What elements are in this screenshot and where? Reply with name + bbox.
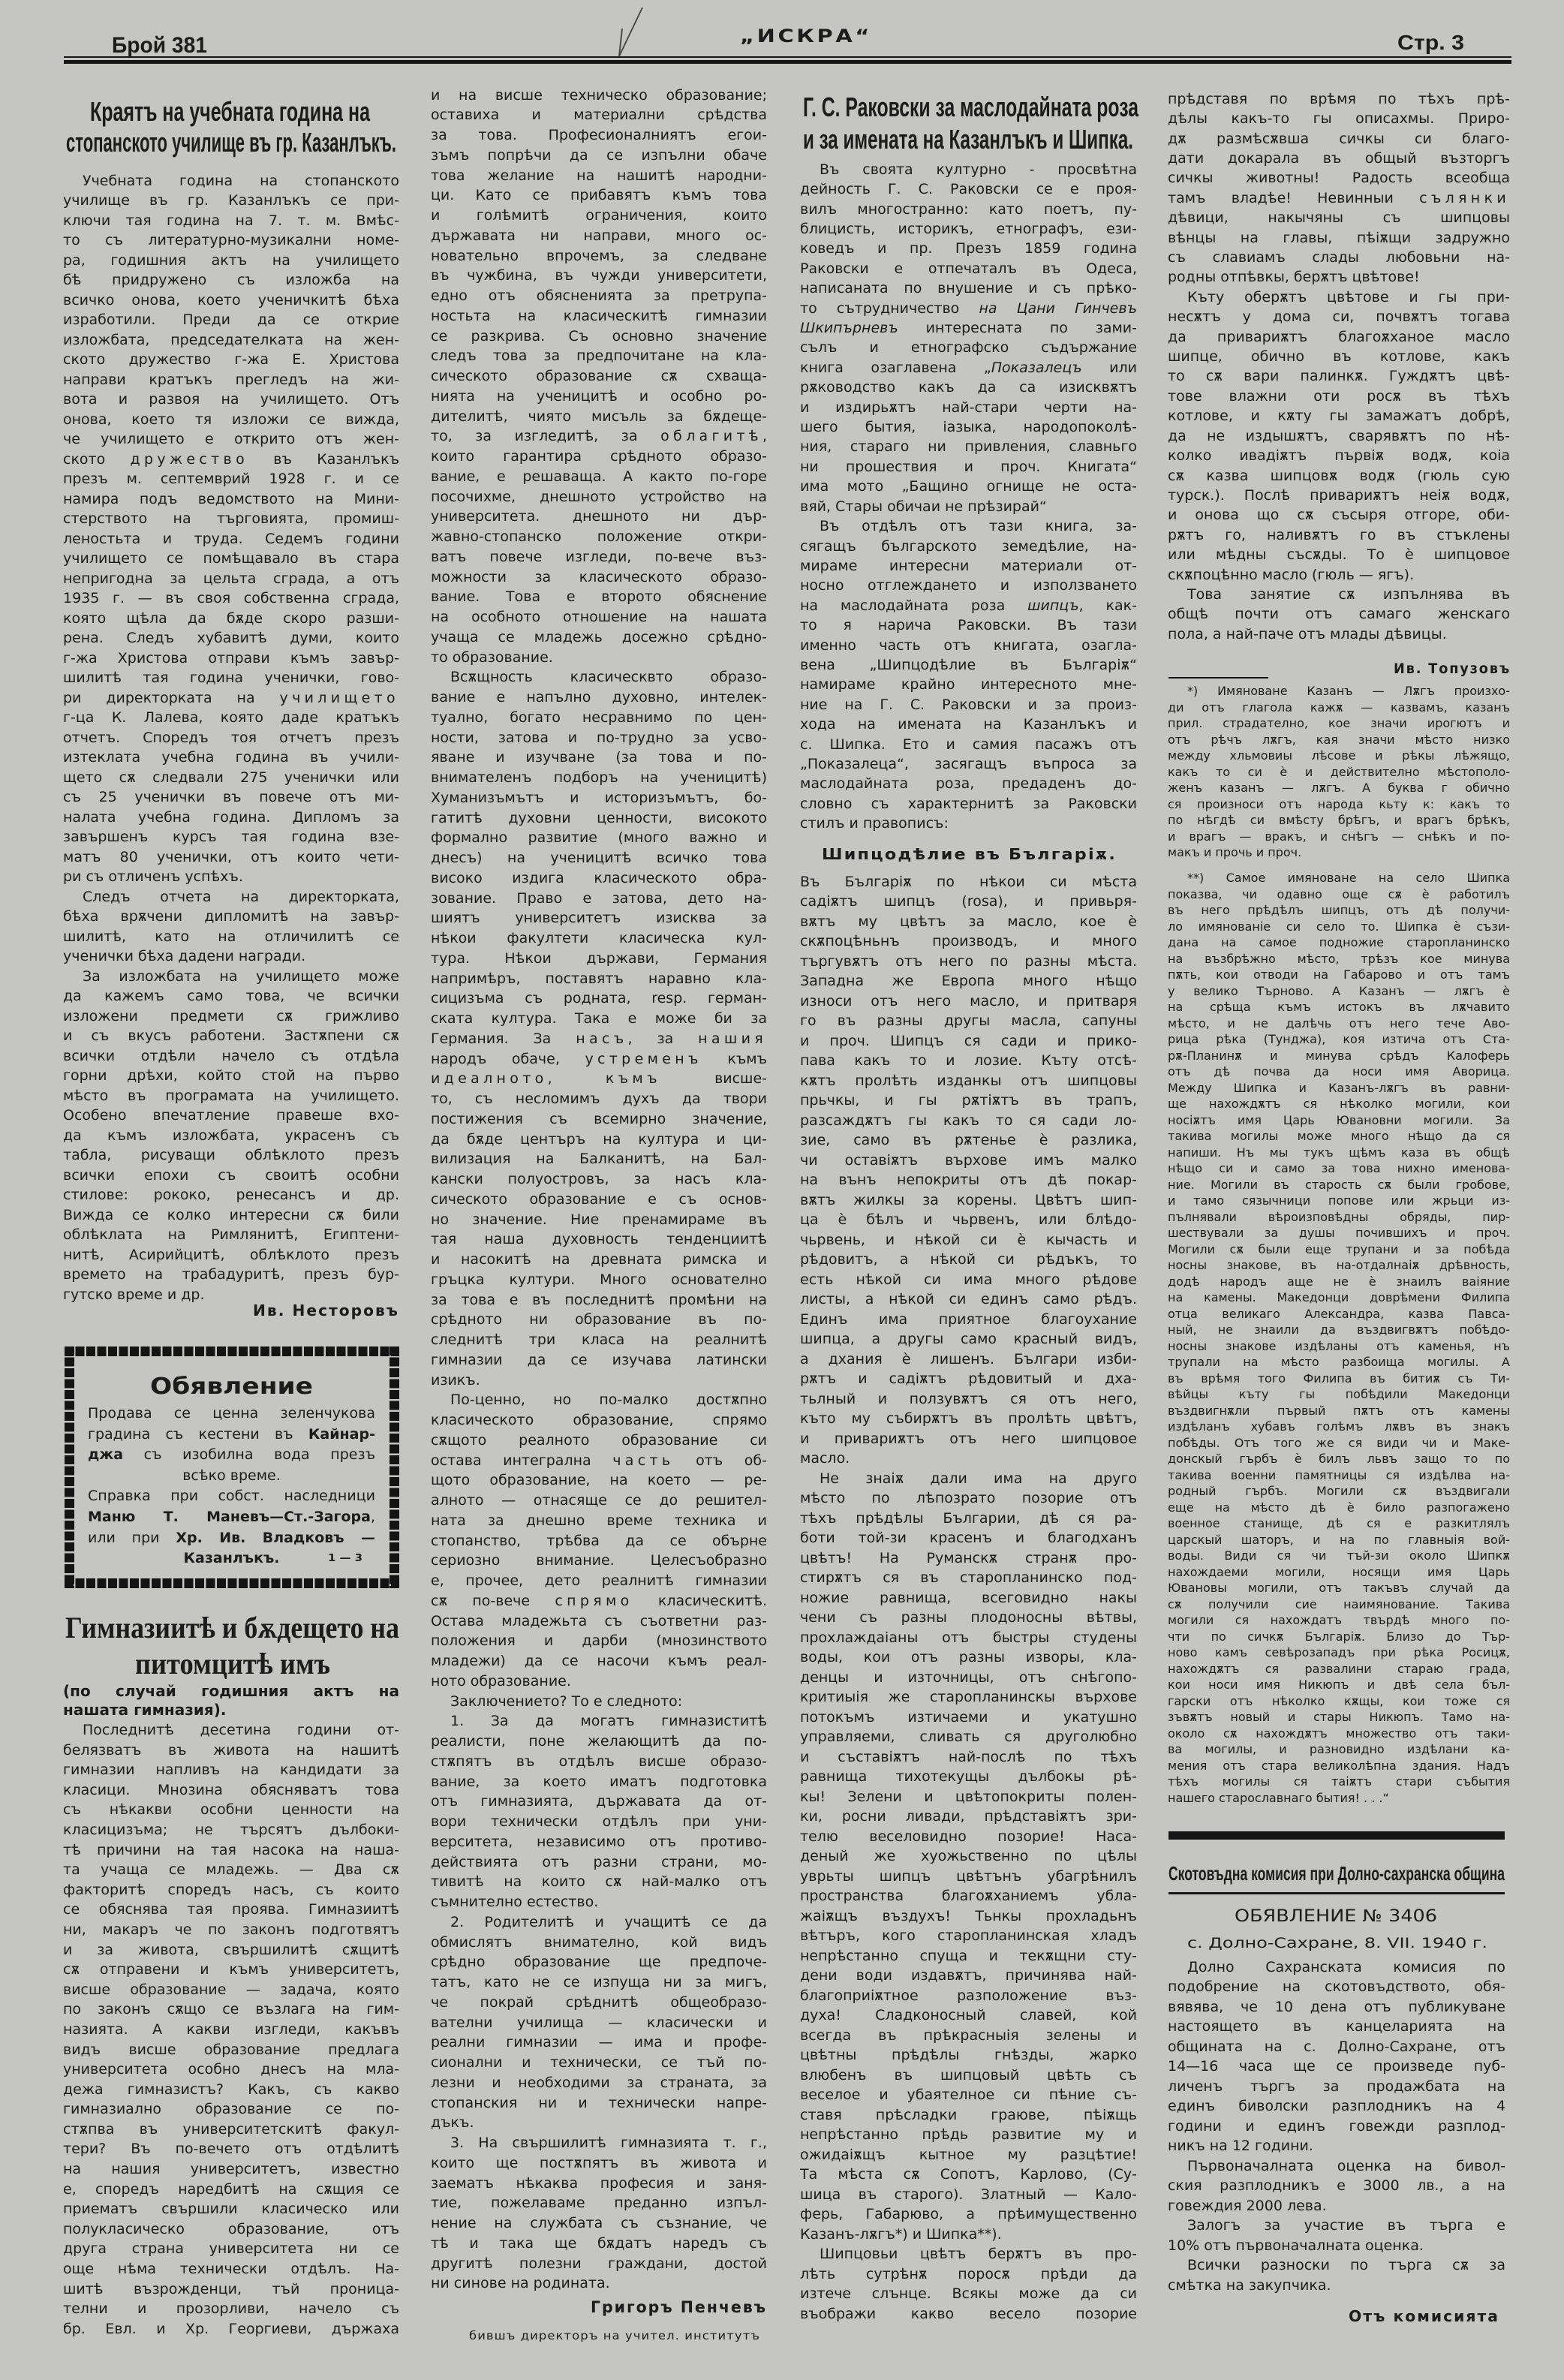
paragraph: всѣко време. <box>88 1466 375 1487</box>
text-run: благоприіѫтное разположение въз- <box>800 1987 1137 2004</box>
text-line: и проч. Шипцъ ся сади и прико- <box>800 1031 1137 1052</box>
text-run: ския разплодникъ е 3000 лв., а на <box>1168 2177 1505 2194</box>
text-run: напримѣръ, поставятъ наравно кла- <box>431 970 767 987</box>
text-run: Вижда се колко интересни сѫ били <box>63 1207 399 1223</box>
text-line: побѣды. Отъ того же ся види чи и Маке- <box>1168 1435 1510 1452</box>
text-run: непрѣстанно прѣдь развитие му и <box>800 2126 1137 2143</box>
text-line: се разкрива. Съ основно значение <box>431 326 767 347</box>
text-line: то сътрудничество на Цани Гинчевъ <box>800 299 1137 318</box>
text-line: влюбенъ въ шипцовый цвѣть съ <box>800 2066 1137 2086</box>
gymnasium-article-title-line-1: Гимназиитѣ и бѫдещето на <box>65 1611 399 1644</box>
text-line: изтече слънце. Всякы може да си <box>800 2284 1137 2304</box>
text-line: настоящето въ канцеларията на <box>1168 2017 1505 2037</box>
text-run: сицизъма съ родната, resp. герман- <box>431 990 767 1006</box>
paragraph: По-ценно, но по-малко достѫпнокласическо… <box>431 1390 767 1691</box>
text-run: нашия <box>698 1031 767 1047</box>
text-line: съ 25 ученички въ повече отъ ми- <box>63 787 399 808</box>
text-run: духа! Сладконосный славей, кой <box>800 2007 1137 2023</box>
text-run: оставиха и материални срѣдства <box>431 107 767 123</box>
paragraph: Шипцовьи цвѣтъ берѫтъ въ про-лѣть сутрѣн… <box>800 2244 1137 2324</box>
text-line: общината на с. Долно-Сахране, отъ <box>1168 2037 1505 2057</box>
text-run: тура. Нѣкои държави, Германия <box>431 950 767 967</box>
text-run: вѣнцы на главы, пѣіѫщи задружно <box>1168 230 1510 246</box>
text-line: то сѫ вари палинкѫ. Гуждѫтъ цвѣ- <box>1168 366 1510 386</box>
paragraph: **) Самое имяноване на село Шипкапоказва… <box>1168 870 1510 1806</box>
text-run: износи отъ него масло, и притваря <box>800 993 1137 1009</box>
text-line: По-ценно, но по-малко достѫпно <box>431 1390 767 1410</box>
text-run: нахождаеми могили, носящи имя Царь <box>1168 1565 1510 1579</box>
text-line: шествували за душы почившихъ и проч. <box>1168 1225 1510 1241</box>
text-run: реални гимназии — има и профе- <box>431 2034 767 2051</box>
text-line: има мото „Бащино огнище не оста- <box>800 477 1137 496</box>
text-run: стирѫтъ ся въ старопланинско под- <box>800 1569 1137 1586</box>
text-line: турск.). Послѣ привариѫтъ неіѫ водѫ, <box>1168 486 1510 505</box>
text-run: нѣщо си и само за това нихно именова- <box>1168 1161 1510 1175</box>
text-line: 1935 г. — въ своя собственна сграда, <box>63 588 399 609</box>
text-line: въ него прѣдѣлъ шипцъ, отъ дѣ получи- <box>1168 902 1510 919</box>
text-line: това желание на нашитѣ народни- <box>431 166 767 186</box>
paragraph: Всички разноски по търга сѫ засмѣтка на … <box>1168 2255 1505 2295</box>
text-line: го въ разны другы масла, сапуны <box>800 1011 1137 1031</box>
text-line: години и единъ говежди разплод- <box>1168 2117 1505 2137</box>
text-run: отъ гимназията, държавата да от- <box>431 1793 767 1810</box>
text-line: „Показалеца“, засягащъ въпроса за <box>800 754 1137 774</box>
text-line: Германия. За насъ, за нашия <box>431 1029 767 1049</box>
text-line: то съ литературно-музикални номе- <box>63 230 399 251</box>
text-run: ца ѐ бѣлъ и чьрвенъ, или блѣдо- <box>800 1211 1137 1228</box>
text-run: то, съ несломимъ духъ да твори <box>431 1091 767 1107</box>
text-line: Западна же Европа много нѣщо <box>800 971 1137 991</box>
text-line: да бѫде центъръ на култура и ци- <box>431 1130 767 1150</box>
text-run: ската култура. Така е може би за <box>431 1010 767 1027</box>
text-line: ди отъ глагола кажѫ — казвамъ, казанъ <box>1168 700 1510 716</box>
text-line: стилъ и правописъ: <box>800 814 1137 833</box>
text-line: шипца, а другы само красный видъ, <box>800 1329 1137 1349</box>
text-run: стѫпятъ въ отдѣлъ висше образо- <box>431 1753 767 1770</box>
text-line: тая наша духовность тенденциитѣ <box>431 1229 767 1250</box>
text-line: вание. Това е второто обяснение <box>431 587 767 607</box>
text-run: вѫтъ му цвѣтъ за масло, кое ѐ <box>800 913 1137 930</box>
school-article-author: Ив. Несторовъ <box>253 1301 399 1320</box>
text-run: класическитѣ. <box>633 1593 767 1609</box>
text-line: стопанския ни и технически напре- <box>431 2093 767 2114</box>
text-line: заематъ нѣкаква професия и заня- <box>431 2174 767 2194</box>
text-run: Остава младежьта съ съответни раз- <box>431 1613 767 1629</box>
text-line: между хльмовиы лѣсове и рѣкы лѣжящо, <box>1168 748 1510 764</box>
text-run: джа <box>88 1446 123 1463</box>
text-line: нение на службата съ съзнание, че <box>431 2213 767 2234</box>
text-line: нѣщо си и само за това нихно именова- <box>1168 1160 1510 1177</box>
text-line: ностьта на класическитѣ гимназии <box>431 306 767 326</box>
text-line: макъ и прочь и проч. <box>1168 844 1510 861</box>
text-run: Западна же Европа много нѣщо <box>800 973 1137 989</box>
text-run: между хльмовиы лѣсове и рѣкы лѣжящо, <box>1168 748 1510 763</box>
text-run: могили ся нахождатъ твърдѣ много по- <box>1168 1613 1510 1627</box>
text-line: мения отъ стара великолѣпна здания. Надъ <box>1168 1758 1510 1774</box>
text-run: около сѫ нахождѫтъ множество отъ таки- <box>1168 1726 1510 1741</box>
paragraph: Всѫщность класическвто образо-вание е на… <box>431 667 767 1390</box>
text-line: е, прочее, дето реалнитѣ гимназии <box>431 1571 767 1591</box>
rakovski-article-quote-col4: прѣдставя по врѣмя по тѣхъ прѣ-дѣлы какъ… <box>1168 89 1510 644</box>
text-line: училище въ гр. Казанлъкъ се при- <box>63 191 399 211</box>
text-run: рѫ-Планинѫ и минува срѣдъ Калоферь <box>1168 1049 1510 1063</box>
text-line: вѣнцы на главы, пѣіѫщи задружно <box>1168 228 1510 248</box>
text-run: класици. Мнозина обясняватъ това <box>63 1782 399 1798</box>
text-run: ново камъ севѣрозападъ при рѣка Росицѫ, <box>1168 1645 1510 1659</box>
text-run: носіѫтъ имя Царь Ювановни могили. За <box>1168 1113 1510 1127</box>
text-run: формално развитие (много важно и <box>431 829 767 846</box>
text-line: Остава младежьта съ съответни раз- <box>431 1611 767 1632</box>
text-run: вѫтъ жилкы за корены. Цвѣтъ шип- <box>800 1192 1137 1208</box>
text-line: шица въ старого). Златный — Кало- <box>800 2185 1137 2205</box>
text-run: по нѣгдѣ си вмѣсту брѣгъ, и врагъ брѣкъ, <box>1168 813 1510 827</box>
text-run: сълъ и етнографско съдържание <box>800 339 1137 356</box>
text-line: Долно Сахранската комисия по <box>1168 1957 1505 1978</box>
text-run: скѫпоцѣнно масло (гюль — ягъ). <box>1168 567 1414 583</box>
text-line: шиятъ университетъ изисква за <box>431 908 767 928</box>
text-line: идеалното, къмъ висше- <box>431 1069 767 1089</box>
text-run: Хуманизъмътъ и историзъмътъ, бо- <box>431 790 767 806</box>
text-run: ри директорката на <box>63 690 280 706</box>
text-run: жаіѫщъ въздухъ! Тьнкы прохладьнъ <box>800 1908 1137 1924</box>
text-line: тове влажни оти росѫ въ тѣхъ <box>1168 387 1510 406</box>
text-line: рѫ-Планинѫ и минува срѣдъ Калоферь <box>1168 1048 1510 1064</box>
text-run: равнища тихотекущы дълбокы рѣ- <box>800 1768 1137 1785</box>
advert-border-top <box>65 1346 399 1356</box>
text-run: сѫ получили сие наимянование. Такива <box>1168 1597 1510 1611</box>
text-line: класицизъма; не търсятъ дълбоки- <box>63 1820 399 1840</box>
text-run: ското дружество г-жа Е. Христова <box>63 351 399 368</box>
livestock-notice-body: Долно Сахранската комисия поподобрение н… <box>1168 1957 1505 2296</box>
text-run: спрямо <box>555 1593 633 1609</box>
text-run: е, споредъ наредбитѣ на сѫщия се <box>63 2181 399 2198</box>
text-line: гимназии да се изучава латински <box>431 1350 767 1371</box>
text-run: шитѣ възрожденци, тъй проница- <box>63 2281 399 2297</box>
text-run: въ Казанлъкъ <box>248 451 399 468</box>
text-run: устременъ <box>585 1051 702 1067</box>
text-line: чьрвень, и нѣкой си ѐ кычасть и <box>800 1230 1137 1250</box>
text-line: именно часть отъ книгата, озагла- <box>800 636 1137 655</box>
garden-advert-body: Продава се ценна зеленчуковаградина съ к… <box>88 1404 375 1569</box>
text-run: гимназии напливъ на кандидати за <box>63 1762 399 1778</box>
text-run: шествували за душы почившихъ и проч. <box>1168 1226 1510 1240</box>
text-run: и съ вкусъ работени. Застѫпени сѫ <box>63 1028 399 1044</box>
text-run: с. Шипка. Ето и самия пасажъ отъ <box>800 736 1137 753</box>
text-run: на вънъ непокриты отъ дѣ покар- <box>800 1172 1137 1188</box>
text-line: написаната по внушение и съ прѣко- <box>800 278 1137 298</box>
text-run: деный же хуожьственно по цѣлы <box>800 1848 1137 1864</box>
text-line: а дхания ѐ лишенъ. Българи изби- <box>800 1349 1137 1370</box>
text-run: щото образование, на което — ре- <box>431 1472 767 1488</box>
text-run: словно съ характернитѣ за Раковски <box>800 796 1137 812</box>
livestock-notice-heading: Скотовъдна комисия при Долно-сахранска о… <box>1168 1862 1505 1885</box>
text-run: облѣклата на Римлянитѣ, Египтени- <box>63 1226 399 1243</box>
text-run: гутско време и др. <box>63 1286 205 1303</box>
text-line: друга страна университета ни се <box>63 2239 399 2259</box>
pencil-mark-icon <box>612 4 649 64</box>
text-line: и на висше техническо образование; <box>431 86 767 106</box>
text-run: дѣвици, накычяны съ шипцовы <box>1168 209 1510 226</box>
text-line: гимназиално образование се по- <box>63 2099 399 2120</box>
text-line: университета особно днесъ на мла- <box>63 2060 399 2080</box>
text-run: следъ това за предпочитане на кла- <box>431 348 767 364</box>
text-run: шилитѣ, като на отличилитѣ се <box>63 928 399 945</box>
text-line: блицисть, историкъ, етнографъ, ези- <box>800 219 1137 239</box>
text-run: и врагъ — вракъ, и снѣгъ — снѣкъ и по- <box>1168 829 1510 844</box>
text-run: веселое и убаятелное си пѣние съ- <box>800 2087 1137 2103</box>
text-run: вѣтъръ, кого старопланинская хладъ <box>800 1927 1137 1944</box>
text-run: дѫ размѣсѫвша сичкы си благо- <box>1168 131 1510 147</box>
text-line: вѫтъ жилкы за корены. Цвѣтъ шип- <box>800 1190 1137 1211</box>
text-run: жавно-стопанско положение откри- <box>431 528 767 545</box>
text-line: г-ца К. Лалева, която даде кратъкъ <box>63 708 399 728</box>
text-line: нията на ученицитѣ и особно ро- <box>431 387 767 407</box>
text-run: дежа гимназистъ? Какъ, съ какво <box>63 2081 399 2098</box>
text-line: формално развитие (много важно и <box>431 828 767 848</box>
text-run: училището се помѣщавало въ стара <box>63 550 399 567</box>
text-line: дъкъ. <box>431 2113 767 2133</box>
text-line: около сѫ нахождѫтъ множество отъ таки- <box>1168 1726 1510 1742</box>
text-line: воды, кои отъ разны изворы, кла- <box>800 1647 1137 1668</box>
text-run: ва могилы, и разновидно издѣлани ка- <box>1168 1742 1510 1756</box>
rakovski-article-intro: Въ своята културно - просвѣтнадейность Г… <box>800 160 1137 834</box>
text-line: 3. На свършилитѣ гимназията т. г., <box>431 2133 767 2153</box>
text-line: вѣтъръ, кого старопланинская хладъ <box>800 1926 1137 1946</box>
text-line: ферь, Габарюво, а прѣимущественно <box>800 2204 1137 2225</box>
text-run: Особено впечатление правеше вхо- <box>63 1107 399 1124</box>
text-line: дана на самое подножие старопланинско <box>1168 934 1510 951</box>
text-run: смѣтка на закупчика. <box>1168 2277 1331 2294</box>
text-line: отца великаго Александра, казва Павса- <box>1168 1306 1510 1322</box>
text-line: словно съ характернитѣ за Раковски <box>800 794 1137 814</box>
text-line: (по случай годишния актъ на <box>63 1682 399 1701</box>
text-run: женъ казанъ — лѫгъ. А буква г обично <box>1168 781 1510 795</box>
text-run: приематъ свършили класическо или <box>63 2201 399 2217</box>
text-line: сериозно внимание. Целесъобразно <box>431 1551 767 1571</box>
text-line: презъ м. септемврий 1928 г. и се <box>63 469 399 489</box>
text-line: да къмъ изложбата, украсенъ съ <box>63 1126 399 1146</box>
text-line: ни, макаръ че по законъ подготвятъ <box>63 1920 399 1940</box>
text-run: стилъ и правописъ: <box>800 815 949 832</box>
text-run: стопанство, трѣбва да се обърне <box>431 1533 767 1549</box>
text-line: и привариѫтъ отъ него шипцовое <box>800 1429 1137 1449</box>
text-line: деный же хуожьственно по цѣлы <box>800 1846 1137 1867</box>
text-run: мѣсто, и не далѣчь отъ него тече Аво- <box>1168 1016 1510 1031</box>
text-run: именно часть отъ книгата, озагла- <box>800 637 1137 654</box>
text-run: управляеми, сливать ся друголюбно <box>800 1729 1137 1745</box>
text-run: гимназии да се изучава латински <box>431 1352 767 1368</box>
text-line: женъ казанъ — лѫгъ. А буква г обично <box>1168 780 1510 796</box>
text-line: прѣдставя по врѣмя по тѣхъ прѣ- <box>1168 89 1510 109</box>
text-run: ножие равнища, всеговидно накы <box>800 1590 1137 1606</box>
paragraph: Къту оберѫтъ цвѣтове и гы при-несѫтъ у д… <box>1168 287 1510 585</box>
text-line: За изложбата на училището може <box>63 967 399 987</box>
text-line: къто му събирѫтъ въ пролѣть цвѣтъ, <box>800 1409 1137 1429</box>
text-run: зие, само въ рѫтенье ѐ разлика, <box>800 1132 1137 1148</box>
paragraph: За изложбата на училището можеда кажемъ … <box>63 967 399 1305</box>
text-run: хода на имената на Казанлъкъ и <box>800 716 1137 733</box>
text-run: на срѣща къмъ истокъ въ лѫчавито <box>1168 1000 1510 1014</box>
text-run: тая наша духовность тенденциитѣ <box>431 1231 767 1247</box>
text-run: облагитѣ <box>660 428 762 444</box>
text-run: сическото образование е съ основ- <box>431 1191 767 1208</box>
rakovski-article-footnotes: *) Имяноване Казанъ — Лѫгъ произхо-ди от… <box>1168 683 1510 1806</box>
text-line: Всѫщность класическвто образо- <box>431 667 767 688</box>
text-line: Могили сѫ были еще трупани и за побѣда <box>1168 1241 1510 1258</box>
text-line: износи отъ него масло, и притваря <box>800 991 1137 1012</box>
text-run: шипца, а другы само красный видъ, <box>800 1331 1137 1347</box>
text-line: сягащъ българското земедѣлие, на- <box>800 537 1137 556</box>
text-line: стѫпятъ въ отдѣлъ висше образо- <box>431 1752 767 1772</box>
advert-border-left <box>65 1346 74 1588</box>
text-line: сическото образование е съ основ- <box>431 1190 767 1210</box>
text-line: сѫщото реалното образование си <box>431 1431 767 1451</box>
text-line: ще нахождѫтъ ся нѣколко могили, кои <box>1168 1096 1510 1112</box>
text-run: , за <box>627 1031 698 1047</box>
livestock-notice-title: ОБЯВЛЕНИЕ № 3406 <box>1235 1906 1437 1927</box>
text-line: бр. Евл. и Хр. Георгиеви, държаха <box>63 2319 399 2339</box>
text-run: турск.). Послѣ привариѫтъ неіѫ водѫ, <box>1168 487 1510 504</box>
text-line: носно отглеждането и използването <box>800 576 1137 595</box>
text-run: Следъ отчета на директорката, <box>83 889 399 905</box>
text-line: книга озаглавена „Показалецъ или <box>800 358 1137 378</box>
text-run: се обяснява тая проява. Гимназиитѣ <box>63 1901 399 1918</box>
text-line: отчетъ. Споредъ тоя отчетъ презъ <box>63 728 399 748</box>
text-line: да привариѫтъ благоѫханое масло <box>1168 327 1510 347</box>
text-line: висше образование — задача, която <box>63 1980 399 2000</box>
text-run: къто му събирѫтъ въ пролѣть цвѣтъ, <box>800 1410 1137 1427</box>
text-line: дѫ размѣсѫвша сичкы си благо- <box>1168 129 1510 149</box>
text-run: зъвѫтъ новый и стары Никюпъ. Тамо на- <box>1168 1710 1510 1724</box>
text-run: пространства благоѫханиемъ убла- <box>800 1888 1137 1904</box>
paragraph: Първоначалната оценка на бивол-ския разп… <box>1168 2156 1505 2216</box>
text-run: посочихме, днешното устройство на <box>431 489 767 505</box>
text-run: 2. Родителитѣ и учащитѣ се да <box>450 1914 767 1930</box>
text-run: мѣсто въ програмата на училището. <box>63 1088 399 1104</box>
text-line: шилитѣ тая година ученички, гово- <box>63 668 399 688</box>
text-line: но значение. Ние пренамираме въ <box>431 1210 767 1230</box>
text-line: кѫтъ пролѣть изданкы отъ шипцовы <box>800 1071 1137 1091</box>
text-line: Раковски е отпечаталъ въ Одеса, <box>800 259 1137 278</box>
text-line: ни синове на родината. <box>431 2273 767 2294</box>
paragraph: 2. Родителитѣ и учащитѣ се даобмислятъ в… <box>431 1912 767 2133</box>
text-run: вание е напълно духовно, интелек- <box>431 689 767 706</box>
rakovski-article-title-line-1: Г. С. Раковски за маслодайната роза <box>803 92 1138 122</box>
paragraph: Въ Българіѫ по нѣкои си мѣстасадіѫтъ шип… <box>800 872 1137 1469</box>
text-run: на камены. Македонци доврѣмени Филипа <box>1168 1290 1510 1304</box>
text-line: намираме крайно интересното мне- <box>800 675 1137 694</box>
text-line: маслодайната роза, предаденъ до- <box>800 774 1137 793</box>
text-run: остава интегрална <box>431 1452 612 1469</box>
text-line: и съставіѫтъ най-послѣ по тѣхъ <box>800 1747 1137 1768</box>
text-run: положения и дарби (мнозинството <box>431 1632 767 1649</box>
text-run: такива могилы може много нѣщо да ся <box>1168 1129 1510 1143</box>
text-line: чени съ разны плодоносны вѣтвы, <box>800 1608 1137 1628</box>
text-line: духа! Сладконосный славей, кой <box>800 2005 1137 2026</box>
text-line: никъ на 12 години. <box>1168 2136 1505 2156</box>
text-run: показва, чи одавно още сѫ ѐ работилъ <box>1168 887 1510 901</box>
text-line: ло имянованіе си село то. Шипка ѐ съзи- <box>1168 919 1510 935</box>
text-line: нахождаеми могили, носящи имя Царь <box>1168 1564 1510 1581</box>
text-line: държавата ни направи, много ос- <box>431 226 767 246</box>
text-run: блицисть, историкъ, етнографъ, ези- <box>800 221 1137 237</box>
text-run: отъ дѣ почва да носи имя Аворица. <box>1168 1064 1510 1079</box>
text-run: 10% отъ първоначалната оценка. <box>1168 2237 1424 2254</box>
text-run: Шкипърневъ <box>800 320 898 336</box>
text-line: вявява, че 10 дена отъ публикуване <box>1168 1997 1505 2017</box>
text-run: родны отпѣвкы, берѫтъ цвѣтове! <box>1168 269 1420 285</box>
text-line: ние на Г. С. Раковски и за произ- <box>800 695 1137 715</box>
text-run: дана на самое подножие старопланинско <box>1168 935 1510 949</box>
text-line: вена „Шипцодѣлие въ Българіѫ“ <box>800 655 1137 675</box>
text-line: Къту оберѫтъ цвѣтове и гы при- <box>1168 287 1510 307</box>
text-line: садіѫтъ шипцъ (rosa), и привьря- <box>800 892 1137 912</box>
text-run: несѫтъ у дома си, почвѫтъ тогава <box>1168 308 1510 325</box>
text-line: с. Шипка. Ето и самия пасажъ отъ <box>800 735 1137 754</box>
text-run: По-ценно, но по-малко достѫпно <box>450 1392 767 1408</box>
text-run: еще на мѣсто дѣ ѐ било разпогажено <box>1168 1500 1510 1515</box>
text-line: да не издышѫтъ, сварявѫтъ по нѣ- <box>1168 426 1510 446</box>
text-run: бѣха врѫчени дипломитѣ на завър- <box>63 908 399 925</box>
text-run: другитѣ полезни граждани, достой <box>431 2255 767 2272</box>
text-line: дителитѣ, чиято мисъль за бѫдеще- <box>431 407 767 427</box>
text-run: ставя прѣсладки граюве, пѣіѫщь <box>800 2107 1137 2123</box>
text-line: или при Хр. Ив. Владковъ — <box>88 1528 375 1549</box>
text-run: времето на трабадуритѣ, презъ бур- <box>63 1266 399 1283</box>
text-line: родный гърбъ. Могили сѫ въздвигали <box>1168 1483 1510 1500</box>
text-line: въображи какво весело позорие <box>800 2304 1137 2324</box>
text-run: рица рѣка (Тунджа), коя изтича отъ Ста- <box>1168 1032 1510 1046</box>
text-run: съ нѣкакви особни ценности на <box>63 1801 399 1818</box>
text-line: Казанъ-лѫгъ*) и Шипка**). <box>800 2225 1137 2245</box>
text-line: ки, росни ливади, прѣдставіѫтъ зри- <box>800 1807 1137 1827</box>
text-run: идеалното <box>431 1070 548 1087</box>
livestock-notice-signature: Отъ комисията <box>1349 2306 1499 2326</box>
text-line: гарски отъ нѣколко кѫщы, кои тоже ся <box>1168 1693 1510 1710</box>
text-line: непрѣстанно спуща и текѫщни сту- <box>800 1946 1137 1966</box>
text-run: цвѣтъ! На Руманскѫ странѫ про- <box>800 1550 1137 1566</box>
text-line: ние. Могили въ старость сѫ были гробове, <box>1168 1177 1510 1193</box>
text-run: сѫщото реалното образование си <box>431 1432 767 1449</box>
text-run: вание, е решаваща. А както по-горе <box>431 468 767 485</box>
text-line: изикъ. <box>431 1371 767 1391</box>
text-line: Учебната година на стопанското <box>63 171 399 191</box>
text-run: дейность Г. С. Раковски се е проя- <box>800 181 1137 197</box>
text-line: всички епохи съ своитѣ особни <box>63 1166 399 1186</box>
text-line: ри директорката на училището <box>63 688 399 709</box>
text-line: всегда въ прѣкрасныія зелены и <box>800 2026 1137 2046</box>
text-run: пола, а най-паче отъ млады дѣвицы. <box>1168 626 1447 642</box>
text-line: тивитѣ на които сѫ най-малко отъ <box>431 1872 767 1892</box>
text-line: сичкы животны! Радость всеобща <box>1168 168 1510 188</box>
text-run: написаната по внушение и съ прѣко- <box>800 280 1137 296</box>
text-run: да кажемъ само това, че всички <box>63 988 399 1004</box>
text-run: Германия. За <box>431 1031 576 1047</box>
text-line: Въ Българіѫ по нѣкои си мѣста <box>800 872 1137 892</box>
text-run: тьлный и ползувѫтъ ся отъ него, <box>800 1391 1137 1407</box>
text-line: денцы и източницы, отъ снѣгопо- <box>800 1668 1137 1688</box>
text-run: то я нарича Раковски. Въ тази <box>800 617 1137 633</box>
text-line: масло. <box>800 1449 1137 1469</box>
text-line: за това е въ последнитѣ промѣни на <box>431 1290 767 1310</box>
text-line: шего бытия, іазыка, народопоколѣ- <box>800 417 1137 437</box>
text-run: побѣды. Отъ того же ся види чи и Маке- <box>1168 1436 1510 1450</box>
text-line: и за живота, свършилитѣ сѫщитѣ <box>63 1940 399 1960</box>
text-line: телни и прозорливи, начело съ <box>63 2299 399 2319</box>
rakovski-article-subheading: Шипцодѣлие въ Българіѫ. <box>822 844 1117 864</box>
text-line: сѫ по-вече спрямо класическитѣ. <box>431 1591 767 1611</box>
text-line: народъ обаче, устременъ къмъ <box>431 1049 767 1070</box>
